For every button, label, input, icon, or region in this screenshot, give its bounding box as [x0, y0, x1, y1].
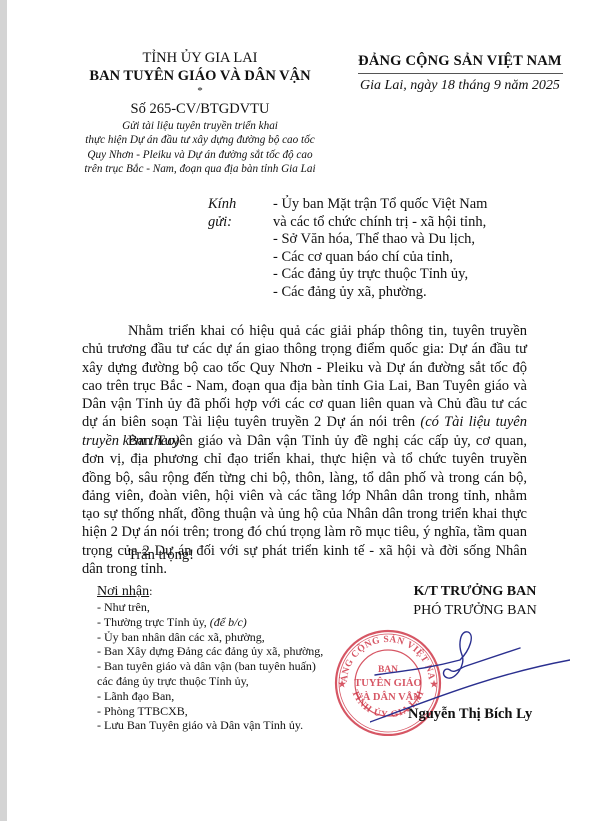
document-number: Số 265-CV/BTGDVTU — [80, 100, 320, 119]
viewer-left-edge — [0, 0, 7, 821]
distribution-item: các đảng ủy trực thuộc Tỉnh ủy, — [97, 674, 323, 689]
recipient-item: - Sở Văn hóa, Thể thao và Du lịch, — [273, 231, 573, 249]
recipient-item: - Ủy ban Mặt trận Tổ quốc Việt Nam — [273, 196, 573, 214]
title-underline — [358, 73, 563, 74]
svg-text:★: ★ — [338, 679, 347, 689]
distribution-title: Nơi nhận — [97, 584, 149, 599]
header-separator: * — [80, 85, 320, 97]
document-subject: Gửi tài liệu tuyên truyền triển khai thự… — [80, 119, 320, 176]
issuing-organization: BAN TUYÊN GIÁO VÀ DÂN VẬN — [80, 67, 320, 85]
distribution-item: - Ban tuyên giáo và dân vận (ban tuyên h… — [97, 659, 323, 674]
subject-line: thực hiện Dự án đầu tư xây dựng đường bộ… — [80, 133, 320, 147]
recipients-list: - Ủy ban Mặt trận Tổ quốc Việt Nam và cá… — [273, 196, 573, 302]
distribution-item: - Lãnh đạo Ban, — [97, 689, 323, 704]
recipient-item: - Các đảng ủy trực thuộc Tỉnh ủy, — [273, 266, 573, 284]
distribution-item: - Phòng TTBCXB, — [97, 704, 323, 719]
recipient-item: và các tổ chức chính trị - xã hội tỉnh, — [273, 214, 573, 232]
subject-line: Quy Nhơn - Pleiku và Dự án đường sắt tốc… — [80, 148, 320, 162]
national-header: ĐẢNG CỘNG SẢN VIỆT NAM Gia Lai, ngày 18 … — [345, 52, 575, 95]
distribution-item: - Thường trực Tỉnh ủy, (để b/c) — [97, 615, 323, 630]
party-title: ĐẢNG CỘNG SẢN VIỆT NAM — [345, 52, 575, 70]
distribution-list: Nơi nhận: - Như trên, - Thường trực Tỉnh… — [97, 583, 323, 733]
subject-line: Gửi tài liệu tuyên truyền triển khai — [80, 119, 320, 133]
parent-organization: TỈNH ỦY GIA LAI — [80, 49, 320, 67]
distribution-colon: : — [149, 584, 152, 598]
distribution-item: - Ủy ban nhân dân các xã, phường, — [97, 630, 323, 645]
distribution-note: (để b/c) — [210, 615, 247, 629]
issuer-header: TỈNH ỦY GIA LAI BAN TUYÊN GIÁO VÀ DÂN VẬ… — [80, 49, 320, 176]
place-and-date: Gia Lai, ngày 18 tháng 9 năm 2025 — [345, 77, 575, 95]
closing-salutation: Trân trọng! — [128, 547, 194, 564]
recipients-label: Kính gửi: — [208, 196, 236, 231]
signature-block: K/T TRƯỞNG BAN PHÓ TRƯỞNG BAN — [400, 582, 550, 620]
distribution-item: - Ban Xây dựng Đảng các đảng ủy xã, phườ… — [97, 644, 323, 659]
signing-authority: K/T TRƯỞNG BAN — [400, 582, 550, 602]
recipient-item: - Các cơ quan báo chí của tỉnh, — [273, 249, 573, 267]
signer-name: Nguyễn Thị Bích Ly — [408, 706, 532, 723]
distribution-item: - Lưu Ban Tuyên giáo và Dân vận Tỉnh ủy. — [97, 718, 323, 733]
signer-position: PHÓ TRƯỞNG BAN — [400, 602, 550, 620]
recipient-item: - Các đảng ủy xã, phường. — [273, 284, 573, 302]
distribution-item: - Như trên, — [97, 600, 323, 615]
subject-line: trên trục Bắc - Nam, đoạn qua địa bàn tỉ… — [80, 162, 320, 176]
body-paragraph-1: Nhằm triển khai có hiệu quả các giải phá… — [82, 322, 527, 450]
